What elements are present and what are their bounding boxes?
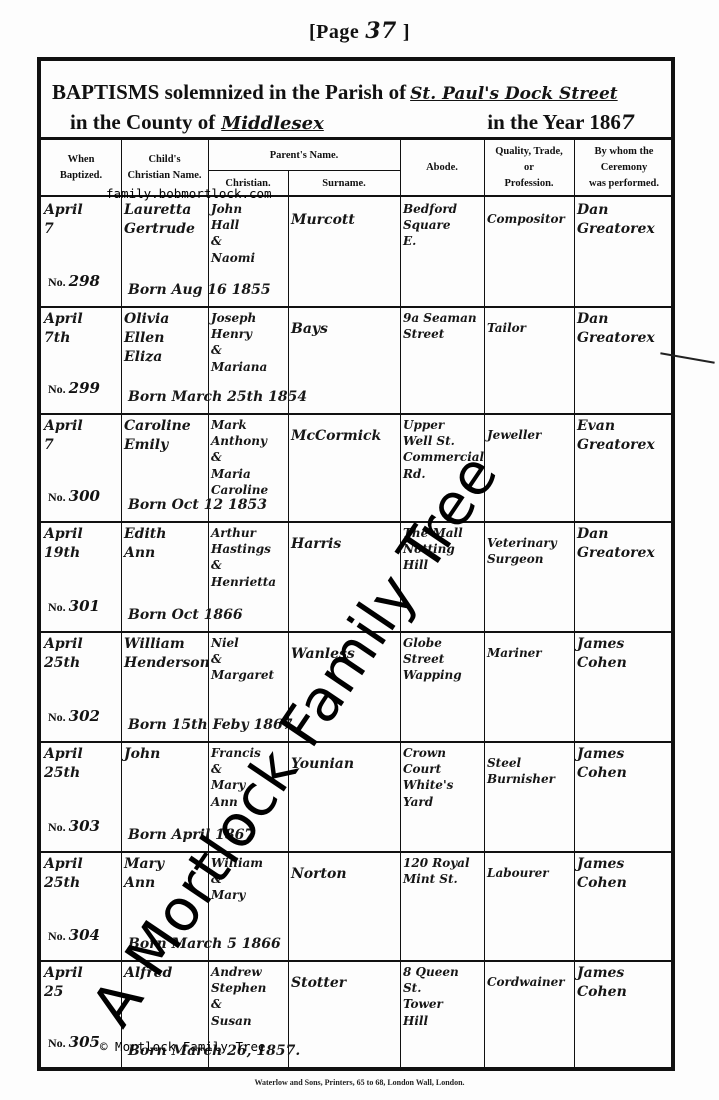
page-number: [Page37]: [0, 18, 719, 44]
cell-child-name: Caroline Emily: [121, 413, 208, 497]
cell-parent-surname: Norton: [288, 861, 400, 946]
entry-number-label: No.: [48, 382, 66, 396]
cell-parent-surname: Stotter: [288, 970, 400, 1053]
cell-child-name: Lauretta Gertrude: [121, 197, 208, 282]
parent-subheader-rule: [208, 170, 400, 171]
entry-number: No.300: [48, 487, 100, 505]
cell-parent-christian: Andrew Stephen & Susan: [208, 960, 288, 1043]
cell-officiant: James Cohen: [574, 960, 674, 1043]
entry-number-value: 304: [69, 926, 100, 944]
cell-officiant: Dan Greatorex: [574, 306, 674, 389]
cell-parent-christian: Arthur Hastings & Henrietta: [208, 521, 288, 607]
header-officiant: By whom the Ceremony was performed.: [574, 142, 674, 194]
cell-abode: 120 Royal Mint St.: [400, 851, 484, 936]
cell-parent-christian: John Hall & Naomi: [208, 197, 288, 282]
cell-when-baptized: April 25th: [41, 631, 121, 717]
printer-imprint: Waterlow and Sons, Printers, 65 to 68, L…: [0, 1078, 719, 1087]
register-title-line-1: BAPTISMS solemnized in the Parish ofSt. …: [52, 80, 618, 105]
copyright-watermark: © Mortlock Family Tree: [100, 1039, 266, 1054]
entry-number-label: No.: [48, 929, 66, 943]
cell-parent-surname: Murcott: [288, 207, 400, 292]
site-watermark: family.bobmortlock.com: [106, 186, 272, 201]
entry-number: No.298: [48, 272, 100, 290]
entry-number-value: 302: [69, 707, 100, 725]
header-parent-surname: Surname.: [288, 172, 400, 196]
entry-number-label: No.: [48, 820, 66, 834]
header-trade: Quality, Trade, or Profession.: [484, 142, 574, 194]
cell-child-name: William Henderson: [121, 631, 208, 717]
entry-number-label: No.: [48, 490, 66, 504]
cell-parent-surname: Bays: [288, 316, 400, 399]
cell-abode: Crown Court White's Yard: [400, 741, 484, 827]
cell-trade: Labourer: [484, 861, 574, 946]
entry-number-value: 298: [69, 272, 100, 290]
header-abode: Abode.: [400, 142, 484, 194]
cell-abode: Bedford Square E.: [400, 197, 484, 282]
cell-officiant: Dan Greatorex: [574, 521, 674, 607]
cell-child-name: John: [121, 741, 208, 827]
cell-when-baptized: April 25th: [41, 851, 121, 936]
entry-number-label: No.: [48, 1036, 66, 1050]
header-parents-name: Parent's Name.: [208, 142, 400, 170]
birth-date-note: Born Oct 1866: [128, 607, 243, 623]
cell-officiant: Dan Greatorex: [574, 197, 674, 282]
cell-parent-surname: McCormick: [288, 423, 400, 507]
year-print-text: in the Year 186: [487, 110, 621, 134]
entry-number: No.303: [48, 817, 100, 835]
page-suffix: ]: [403, 21, 410, 43]
cell-abode: 8 Queen St. Tower Hill: [400, 960, 484, 1043]
title-print-text: BAPTISMS solemnized in the Parish of: [52, 80, 406, 104]
entry-number-value: 300: [69, 487, 100, 505]
page-number-value: 37: [359, 18, 403, 44]
cell-officiant: James Cohen: [574, 631, 674, 717]
cell-parent-christian: Mark Anthony & Maria Caroline: [208, 413, 288, 497]
page-prefix: [Page: [309, 21, 359, 43]
entry-number-value: 303: [69, 817, 100, 835]
entry-number-value: 301: [69, 597, 100, 615]
cell-trade: Veterinary Surgeon: [484, 531, 574, 617]
cell-officiant: James Cohen: [574, 741, 674, 827]
entry-number: No.301: [48, 597, 100, 615]
entry-number-label: No.: [48, 275, 66, 289]
entry-number-label: No.: [48, 710, 66, 724]
birth-date-note: Born Aug 16 1855: [128, 282, 271, 298]
cell-when-baptized: April 7th: [41, 306, 121, 389]
cell-child-name: Olivia Ellen Eliza: [121, 306, 208, 389]
cell-parent-christian: Joseph Henry & Mariana: [208, 306, 288, 389]
cell-child-name: Edith Ann: [121, 521, 208, 607]
cell-officiant: Evan Greatorex: [574, 413, 674, 497]
parish-name: St. Paul's Dock Street: [410, 84, 618, 104]
cell-when-baptized: April 19th: [41, 521, 121, 607]
entry-number-value: 299: [69, 379, 100, 397]
cell-trade: Steel Burnisher: [484, 751, 574, 837]
entry-number: No.299: [48, 379, 100, 397]
cell-officiant: James Cohen: [574, 851, 674, 936]
cell-trade: Cordwainer: [484, 970, 574, 1053]
cell-when-baptized: April 7: [41, 413, 121, 497]
year-digit: 7: [621, 110, 635, 134]
cell-abode: 9a Seaman Street: [400, 306, 484, 389]
entry-number: No.304: [48, 926, 100, 944]
cell-when-baptized: April 25th: [41, 741, 121, 827]
birth-date-note: Born Oct 12 1853: [128, 497, 267, 513]
entry-number-value: 305: [69, 1033, 100, 1051]
birth-date-note: Born March 25th 1854: [128, 389, 307, 405]
entry-number: No.302: [48, 707, 100, 725]
cell-trade: Compositor: [484, 207, 574, 292]
cell-abode: Globe Street Wapping: [400, 631, 484, 717]
county-print-text: in the County of: [70, 110, 215, 134]
county-name: Middlesex: [221, 113, 481, 134]
cell-when-baptized: April 7: [41, 197, 121, 282]
entry-number-label: No.: [48, 600, 66, 614]
entry-number: No.305: [48, 1033, 100, 1051]
register-title-line-2: in the County ofMiddlesexin the Year 186…: [70, 110, 635, 135]
cell-trade: Mariner: [484, 641, 574, 727]
header-top-rule: [41, 137, 674, 140]
